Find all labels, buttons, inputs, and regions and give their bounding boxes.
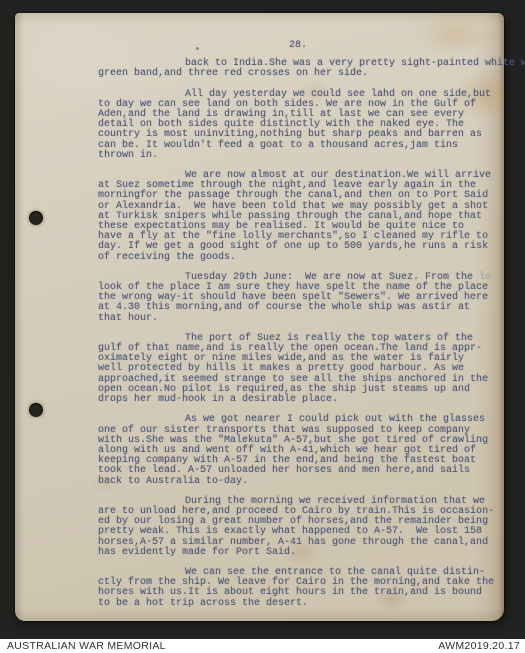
- typed-line: at 4.30 this morning,and of course the w…: [98, 303, 498, 313]
- typed-line: of receiving the goods.: [98, 253, 498, 263]
- typed-line: pretty weak. This is exactly what happen…: [98, 527, 498, 537]
- typed-line: took the lead. A-57 unloaded her horses …: [98, 466, 498, 476]
- faint-erased-text: lo: [473, 272, 491, 283]
- typed-line: can be. It wouldn't feed a goat to a tho…: [98, 141, 498, 151]
- typed-line: thrown in.: [98, 151, 498, 161]
- typed-line: back to Australia to-day.: [98, 477, 498, 487]
- typed-line: As we got nearer I could pick out with t…: [98, 415, 498, 425]
- archive-institution-label: AUSTRALIAN WAR MEMORIAL: [7, 640, 166, 652]
- typed-line: to be a hot trip across the desert.: [98, 599, 498, 609]
- typed-line: drops her mud-hook in a desirable place.: [98, 395, 498, 405]
- paragraph: All day yesterday we could see lahd on o…: [98, 90, 498, 161]
- typed-line: that hour.: [98, 314, 498, 324]
- archive-footer-bar: AUSTRALIAN WAR MEMORIAL AWM2019.20.17: [0, 639, 525, 653]
- paragraph: Tuesday 29th June: We are now at Suez. F…: [98, 273, 498, 324]
- typed-text-column: 28. back to India.She was a very pretty …: [98, 41, 498, 609]
- paragraph: back to India.She was a very pretty sigh…: [98, 59, 498, 79]
- page-number: 28.: [98, 41, 498, 51]
- paragraph: We are now almost at our destination.We …: [98, 171, 498, 263]
- hole-punch-top: [29, 211, 43, 225]
- typed-line: green band,and three red crosses on her …: [98, 69, 498, 79]
- typed-line: has evidently made for Port Said.: [98, 548, 498, 558]
- paragraph: We can see the entrance to the canal qui…: [98, 568, 498, 609]
- hole-punch-bottom: [29, 403, 43, 417]
- document-page: 28. back to India.She was a very pretty …: [15, 13, 504, 621]
- archive-reference-number: AWM2019.20.17: [438, 640, 520, 652]
- paragraph: During the morning we received informati…: [98, 497, 498, 558]
- paragraph: The port of Suez is really the top water…: [98, 334, 498, 405]
- diary-paragraphs: back to India.She was a very pretty sigh…: [98, 59, 498, 609]
- scan-viewport: { "colors": { "background": "#222321", "…: [0, 0, 525, 653]
- paragraph: As we got nearer I could pick out with t…: [98, 415, 498, 486]
